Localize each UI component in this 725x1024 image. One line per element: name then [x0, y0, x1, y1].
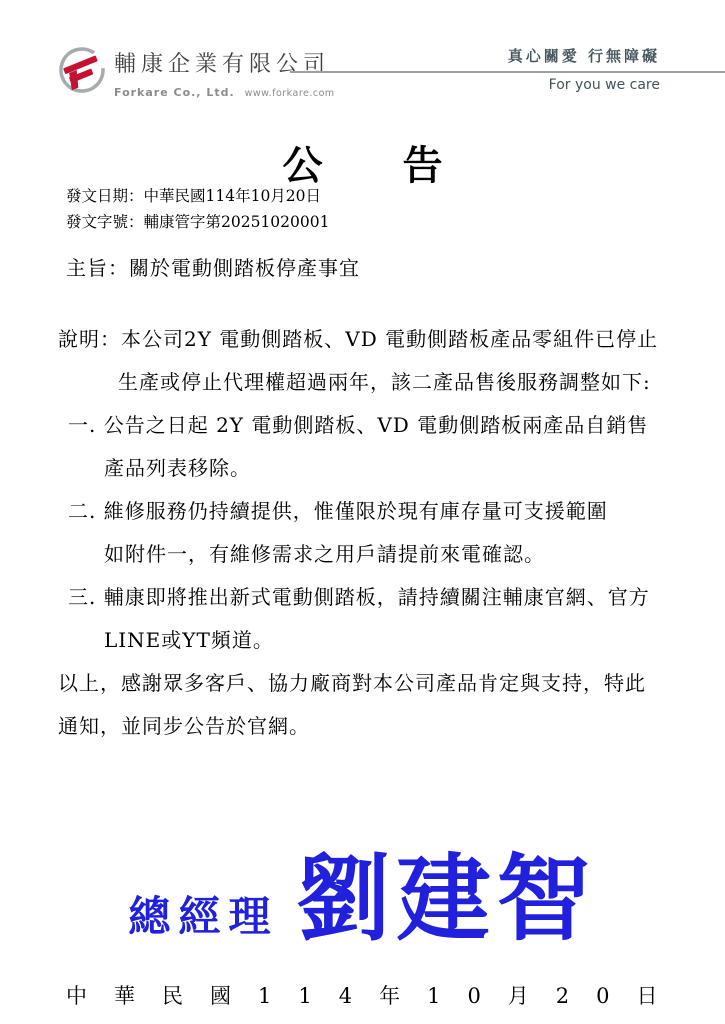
document-meta: 發文日期：中華民國114年10月20日 發文字號：輔康管字第2025102000…: [66, 183, 329, 235]
signer-job-title: 總經理: [128, 884, 278, 944]
company-name-en: Forkare Co., Ltd.: [114, 86, 235, 99]
forkare-logo-icon: [56, 44, 108, 96]
list-item-1: 一. 公告之日起 2Y 電動側踏板、VD 電動側踏板兩產品自銷售: [58, 404, 673, 447]
list-item-3: 三. 輔康即將推出新式電動側踏板，請持續關注輔康官網、官方: [58, 576, 673, 619]
signature-block: 總經理 劉建智: [0, 852, 725, 946]
list-item-2-continued: 如附件一，有維修需求之用戶請提前來電確認。: [58, 533, 673, 576]
issue-date-line: 發文日期：中華民國114年10月20日: [66, 183, 329, 209]
company-slogan-zh: 真心關愛 行無障礙: [508, 45, 660, 66]
body-line: 生產或停止代理權超過兩年，該二產品售後服務調整如下:: [58, 361, 673, 404]
closing-line-continued: 通知，並同步公告於官網。: [58, 705, 673, 748]
announcement-document: 輔康企業有限公司 Forkare Co., Ltd.www.forkare.co…: [0, 0, 725, 1024]
document-body: 說明：本公司2Y 電動側踏板、VD 電動側踏板產品零組件已停止 生產或停止代理權…: [58, 318, 673, 748]
list-item-2: 二. 維修服務仍持續提供，惟僅限於現有庫存量可支援範圍: [58, 490, 673, 533]
list-item-1-continued: 產品列表移除。: [58, 447, 673, 490]
list-item-3-continued: LINE或YT頻道。: [58, 619, 673, 662]
signer-name: 劉建智: [297, 852, 597, 946]
company-identity: 輔康企業有限公司 Forkare Co., Ltd.www.forkare.co…: [114, 47, 335, 100]
subject-line: 主旨：關於電動側踏板停產事宜: [66, 252, 360, 281]
company-website: www.forkare.com: [245, 88, 335, 99]
header-divider-line: [290, 71, 725, 73]
roc-date-line: 中 華 民 國 1 1 4 年 1 0 月 2 0 日: [66, 980, 661, 1010]
company-name-zh: 輔康企業有限公司: [114, 47, 335, 78]
reference-number-line: 發文字號：輔康管字第20251020001: [66, 209, 329, 235]
body-line: 說明：本公司2Y 電動側踏板、VD 電動側踏板產品零組件已停止: [58, 318, 673, 361]
company-slogan-en: For you we care: [549, 77, 660, 93]
closing-line: 以上，感謝眾多客戶、協力廠商對本公司產品肯定與支持，特此: [58, 662, 673, 705]
